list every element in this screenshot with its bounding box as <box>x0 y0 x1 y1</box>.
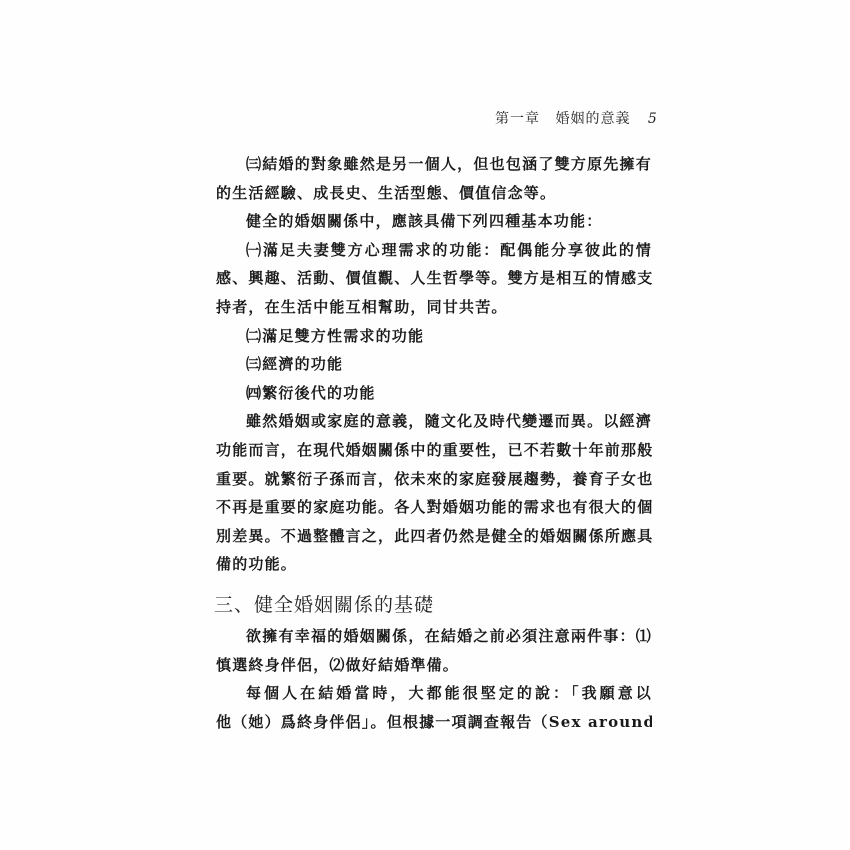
running-header: 第一章 婚姻的意義 5 <box>495 108 655 128</box>
text-line: 健全的婚姻關係中，應該具備下列四種基本功能： <box>216 207 652 236</box>
book-page: 第一章 婚姻的意義 5 ㈢結婚的對象雖然是另一個人，但也包涵了雙方原先擁有 的生… <box>0 0 850 850</box>
text-line: 重要。就繁衍子孫而言，依未來的家庭發展趨勢，養育子女也 <box>216 465 652 494</box>
text-line: 不再是重要的家庭功能。各人對婚姻功能的需求也有很大的個 <box>216 493 652 522</box>
text-line: ㈣繁衍後代的功能 <box>216 379 652 408</box>
chapter-title: 婚姻的意義 <box>555 111 630 127</box>
section-heading: 三、健全婚姻關係的基礎 <box>214 590 434 617</box>
body-text-block-1: ㈢結婚的對象雖然是另一個人，但也包涵了雙方原先擁有 的生活經驗、成長史、生活型態… <box>216 150 652 579</box>
text-line: ㈡滿足雙方性需求的功能 <box>216 322 652 351</box>
text-line: 慎選終身伴侶，⑵做好結婚準備。 <box>216 651 652 680</box>
text-line: 的生活經驗、成長史、生活型態、價值信念等。 <box>216 179 652 208</box>
text-line: 他（她）爲終身伴侶」。但根據一項調查報告（Sex around <box>216 708 652 737</box>
text-line: 備的功能。 <box>216 550 652 579</box>
text-line: ㈢經濟的功能 <box>216 350 652 379</box>
body-text-block-2: 欲擁有幸福的婚姻關係，在結婚之前必須注意兩件事：⑴ 慎選終身伴侶，⑵做好結婚準備… <box>216 622 652 736</box>
text-line: 別差異。不過整體言之，此四者仍然是健全的婚姻關係所應具 <box>216 522 652 551</box>
text-line: 欲擁有幸福的婚姻關係，在結婚之前必須注意兩件事：⑴ <box>216 622 652 651</box>
chapter-label: 第一章 <box>495 111 540 127</box>
page-number: 5 <box>648 111 658 127</box>
text-line: 雖然婚姻或家庭的意義，隨文化及時代變遷而異。以經濟 <box>216 407 652 436</box>
text-line: 每個人在結婚當時，大都能很堅定的說：「我願意以 <box>216 679 652 708</box>
text-line: 功能而言，在現代婚姻關係中的重要性，已不若數十年前那般 <box>216 436 652 465</box>
text-line: 感、興趣、活動、價值觀、人生哲學等。雙方是相互的情感支 <box>216 264 652 293</box>
text-line: ㈢結婚的對象雖然是另一個人，但也包涵了雙方原先擁有 <box>216 150 652 179</box>
text-line: ㈠滿足夫妻雙方心理需求的功能：配偶能分享彼此的情 <box>216 236 652 265</box>
text-line: 持者，在生活中能互相幫助，同甘共苦。 <box>216 293 652 322</box>
